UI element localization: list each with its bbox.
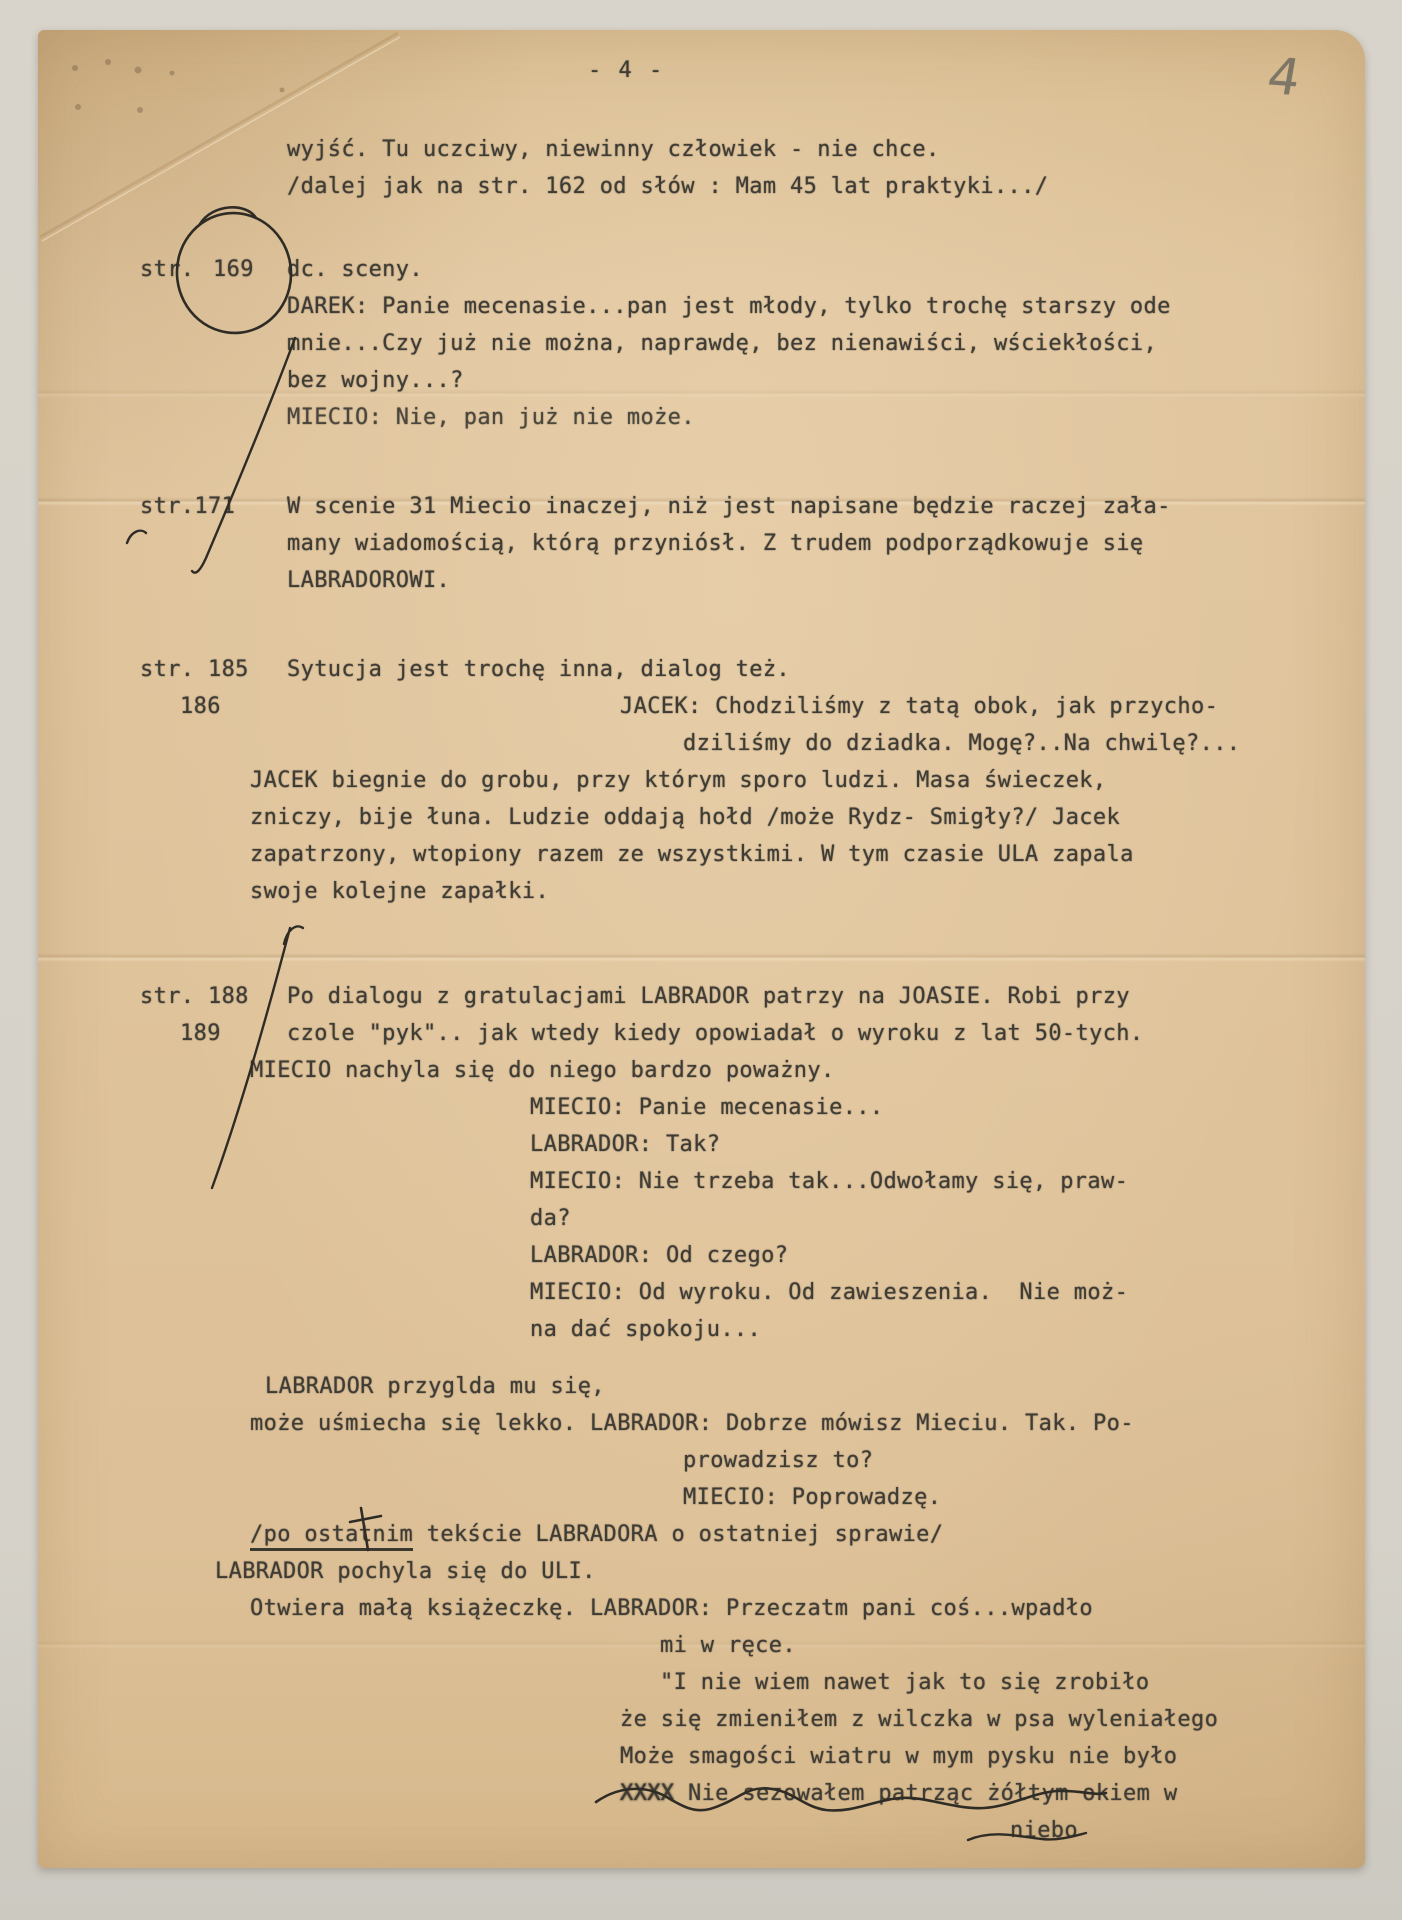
dialog-line: prowadzisz to? xyxy=(683,1446,873,1476)
narration-line: JACEK biegnie do grobu, przy którym spor… xyxy=(250,766,1107,796)
scene-note: dc. sceny. xyxy=(287,255,423,285)
narration-line: LABRADOR pochyla się do ULI. xyxy=(215,1557,596,1587)
dialog-line: LABRADOR: Dobrze mówisz Mieciu. Tak. Po- xyxy=(590,1409,1134,1439)
dialog-line: MIECIO: Nie, pan już nie może. xyxy=(287,403,695,433)
note-line: Po dialogu z gratulacjami LABRADOR patrz… xyxy=(287,982,1130,1012)
dialog-line: na dać spokoju... xyxy=(530,1315,761,1345)
typed-text: Nie sezowałem patrząc żółtym okiem w xyxy=(674,1781,1177,1806)
overtyped-text: XXXX xyxy=(620,1781,674,1806)
narration-line: może uśmiecha się lekko. xyxy=(250,1409,576,1439)
dialog-line: dziliśmy do dziadka. Mogę?..Na chwilę?..… xyxy=(683,729,1240,759)
page-ref-label: str. 188 xyxy=(140,982,249,1012)
narration-line: LABRADOR przyglda mu się, xyxy=(265,1372,605,1402)
scanned-typescript-page: { "document": { "page_header": "- 4 -", … xyxy=(0,0,1402,1920)
dialog-line: mi w ręce. xyxy=(660,1631,796,1661)
quote-line: że się zmieniłem z wilczka w psa wylenia… xyxy=(620,1705,1218,1735)
dialog-line: JACEK: Chodziliśmy z tatą obok, jak przy… xyxy=(620,692,1218,722)
dialog-line: DAREK: Panie mecenasie...pan jest młody,… xyxy=(287,292,1171,322)
struck-word: niebo xyxy=(1010,1816,1078,1846)
narration-line: swoje kolejne zapałki. xyxy=(250,877,549,907)
narration-line: zniczy, bije łuna. Ludzie oddają hołd /m… xyxy=(250,803,1120,833)
quote-line: "I nie wiem nawet jak to się zrobiło xyxy=(660,1668,1149,1698)
dialog-line: MIECIO: Od wyroku. Od zawieszenia. Nie m… xyxy=(530,1278,1128,1308)
narration-line: Otwiera małą książeczkę. xyxy=(250,1594,576,1624)
typed-line: wyjść. Tu uczciwy, niewinny człowiek - n… xyxy=(287,135,940,165)
page-ref-number: 189 xyxy=(180,1019,221,1049)
typed-line: /dalej jak na str. 162 od słów : Mam 45 … xyxy=(287,172,1048,202)
dialog-line: LABRADOR: Od czego? xyxy=(530,1241,788,1271)
page-number-header: - 4 - xyxy=(588,56,664,86)
dialog-line: bez wojny...? xyxy=(287,366,464,396)
dialog-line: MIECIO: Poprowadzę. xyxy=(683,1483,941,1513)
dialog-line: MIECIO: Nie trzeba tak...Odwołamy się, p… xyxy=(530,1167,1128,1197)
page-ref-label: str. xyxy=(140,255,194,285)
dialog-line: LABRADOR: Tak? xyxy=(530,1130,720,1160)
quote-line: Może smagości wiatru w mym pysku nie był… xyxy=(620,1742,1177,1772)
narration-line: MIECIO nachyla się do niego bardzo poważ… xyxy=(250,1056,835,1086)
narration-line: zapatrzony, wtopiony razem ze wszystkimi… xyxy=(250,840,1134,870)
page-ref-number-circled: 169 xyxy=(213,255,254,285)
dialog-line: mnie...Czy już nie można, naprawdę, bez … xyxy=(287,329,1157,359)
dialog-line: da? xyxy=(530,1204,571,1234)
struck-line: XXXX Nie sezowałem patrząc żółtym okiem … xyxy=(620,1779,1177,1809)
dialog-line: MIECIO: Panie mecenasie... xyxy=(530,1093,883,1123)
page-ref-number: 186 xyxy=(180,692,221,722)
dialog-line: LABRADOR: Przeczatm pani coś...wpadło xyxy=(590,1594,1093,1624)
note-line: czole "pyk".. jak wtedy kiedy opowiadał … xyxy=(287,1019,1144,1049)
page-ref-label: str. 185 xyxy=(140,655,249,685)
stage-direction-underlined: /po ostatnim tekście LABRADORA o ostatni… xyxy=(250,1520,943,1550)
note-line: LABRADOROWI. xyxy=(287,566,450,596)
underlined-text: /po ostatnim xyxy=(250,1522,413,1551)
note-line: W scenie 31 Miecio inaczej, niż jest nap… xyxy=(287,492,1171,522)
note-line: many wiadomością, którą przyniósł. Z tru… xyxy=(287,529,1144,559)
page-ref-label: str.171 xyxy=(140,492,235,522)
typed-text: tekście LABRADORA o ostatniej sprawie/ xyxy=(413,1522,943,1547)
note-line: Sytucja jest trochę inna, dialog też. xyxy=(287,655,790,685)
